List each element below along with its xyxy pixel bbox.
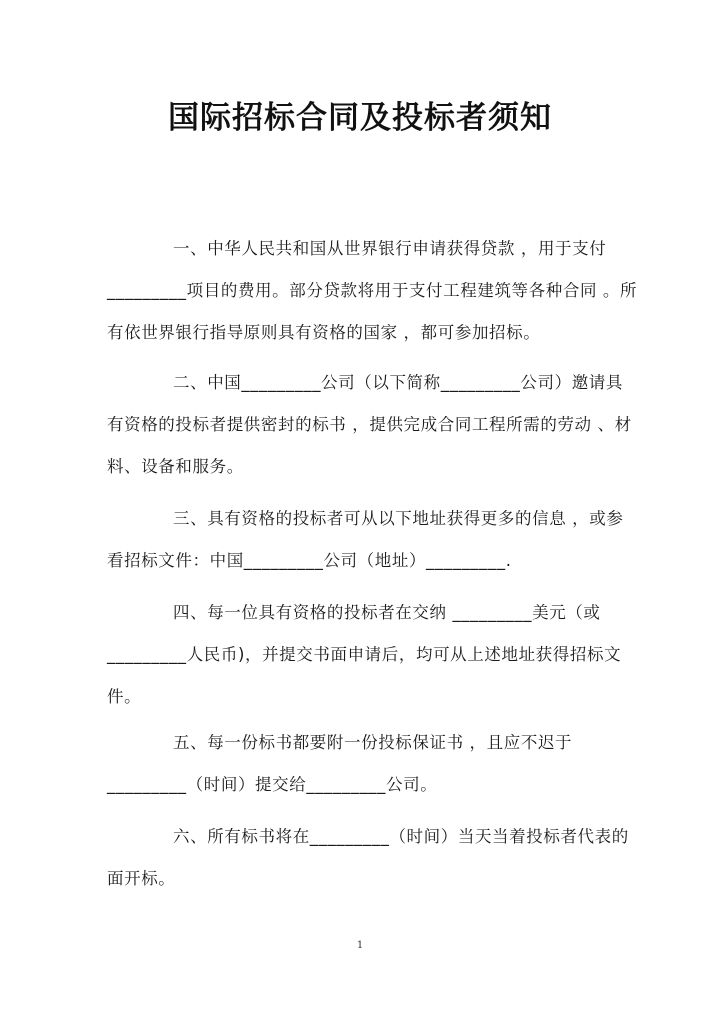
paragraph-line: 五、每一份标书都要附一份投标保证书 ，且应不迟于 — [107, 722, 615, 764]
paragraph-3: 三、具有资格的投标者可从以下地址获得更多的信息 ，或参 看招标文件：中国____… — [107, 498, 615, 582]
paragraph-line: 二、中国_________公司（以下简称_________公司）邀请具 — [107, 362, 615, 404]
paragraph-line: 三、具有资格的投标者可从以下地址获得更多的信息 ，或参 — [107, 498, 615, 540]
paragraph-line: 看招标文件：中国_________公司（地址）_________. — [107, 540, 615, 582]
paragraph-line: 料、设备和服务。 — [107, 446, 615, 488]
paragraph-line: 面开标。 — [107, 858, 615, 900]
document-title: 国际招标合同及投标者须知 — [0, 98, 720, 138]
paragraph-line: _________项目的费用。部分贷款将用于支付工程建筑等各种合同 。所 — [107, 270, 615, 312]
paragraph-line: _________（时间）提交给_________公司。 — [107, 764, 615, 806]
page-number: 1 — [0, 940, 720, 951]
paragraph-line: 有资格的投标者提供密封的标书 ，提供完成合同工程所需的劳动 、材 — [107, 404, 615, 446]
paragraph-line: 四、每一位具有资格的投标者在交纳 _________美元（或 — [107, 592, 615, 634]
paragraph-5: 五、每一份标书都要附一份投标保证书 ，且应不迟于 _________（时间）提交… — [107, 722, 615, 806]
paragraph-line: 件。 — [107, 676, 615, 718]
paragraph-6: 六、所有标书将在_________（时间）当天当着投标者代表的 面开标。 — [107, 816, 615, 900]
paragraph-line: _________人民币)，并提交书面申请后，均可从上述地址获得招标文 — [107, 634, 615, 676]
paragraph-1: 一、中华人民共和国从世界银行申请获得贷款 ，用于支付 _________项目的费… — [107, 228, 615, 354]
paragraph-line: 有依世界银行指导原则具有资格的国家 ，都可参加招标。 — [107, 312, 615, 354]
document-page: 国际招标合同及投标者须知 一、中华人民共和国从世界银行申请获得贷款 ，用于支付 … — [0, 0, 720, 1017]
paragraph-line: 一、中华人民共和国从世界银行申请获得贷款 ，用于支付 — [107, 228, 615, 270]
paragraph-line: 六、所有标书将在_________（时间）当天当着投标者代表的 — [107, 816, 615, 858]
paragraph-2: 二、中国_________公司（以下简称_________公司）邀请具 有资格的… — [107, 362, 615, 488]
paragraph-4: 四、每一位具有资格的投标者在交纳 _________美元（或 _________… — [107, 592, 615, 718]
